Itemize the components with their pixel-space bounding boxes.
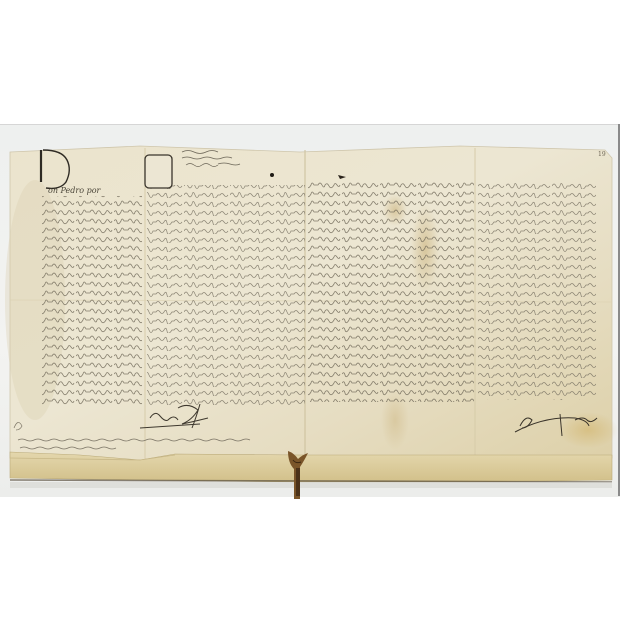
manuscript-text [42,180,596,407]
opening-words-rendered: on Pedro por [48,186,102,195]
folded-plica [10,452,612,482]
parchment-document: on Pedro por 19 [0,0,620,620]
stamp-mark [145,155,172,188]
folio-number: 19 [598,151,606,158]
